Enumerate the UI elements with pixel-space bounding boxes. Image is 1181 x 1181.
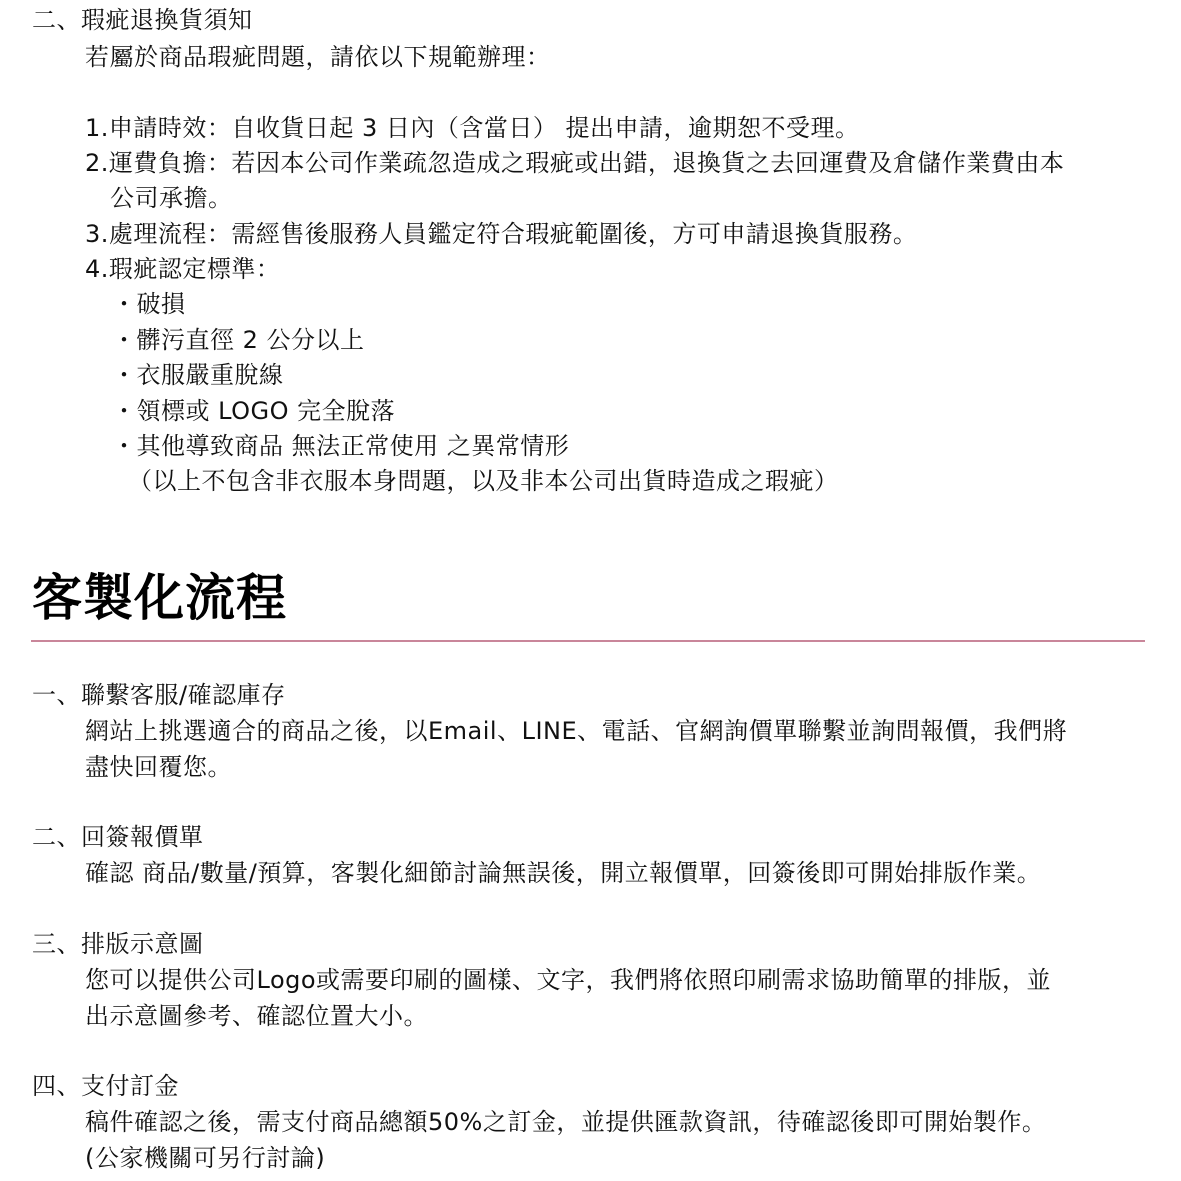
- step-heading-contact: 一、聯繫客服/確認庫存: [32, 678, 286, 712]
- page-title-customization: 客製化流程: [32, 566, 287, 630]
- step-text: 您可以提供公司Logo或需要印刷的圖樣、文字，我們將依照印刷需求協助簡單的排版，…: [85, 963, 1051, 997]
- rule-shipping-cost-continuation: 公司承擔。: [110, 181, 233, 215]
- title-divider: [31, 640, 1145, 642]
- step-text: 出示意圖參考、確認位置大小。: [85, 999, 428, 1033]
- step-text: 盡快回覆您。: [85, 750, 232, 784]
- rule-process: 3.處理流程：需經售後服務人員鑑定符合瑕疵範圍後，方可申請退換貨服務。: [85, 217, 917, 251]
- step-text: 稿件確認之後，需支付商品總額50%之訂金，並提供匯款資訊，待確認後即可開始製作。: [85, 1105, 1046, 1139]
- defect-intro-text: 若屬於商品瑕疵問題，請依以下規範辦理：: [85, 40, 551, 74]
- criteria-item: ・領標或 LOGO 完全脫落: [112, 394, 395, 428]
- step-text: 網站上挑選適合的商品之後，以Email、LINE、電話、官網詢價單聯繫並詢問報價…: [85, 714, 1067, 748]
- rule-shipping-cost: 2.運費負擔：若因本公司作業疏忽造成之瑕疵或出錯，退換貨之去回運費及倉儲作業費由…: [85, 146, 1064, 180]
- criteria-item: ・破損: [112, 287, 186, 321]
- step-text: 確認 商品/數量/預算，客製化細節討論無誤後，開立報價單，回簽後即可開始排版作業…: [85, 856, 1041, 890]
- rule-application-period: 1.申請時效：自收貨日起 3 日內（含當日） 提出申請，逾期恕不受理。: [85, 111, 860, 145]
- section-heading-defect-return: 二、瑕疵退換貨須知: [32, 3, 253, 37]
- criteria-note: （以上不包含非衣服本身問題，以及非本公司出貨時造成之瑕疵）: [128, 464, 839, 498]
- step-heading-layout: 三、排版示意圖: [32, 927, 204, 961]
- criteria-item: ・其他導致商品 無法正常使用 之異常情形: [112, 429, 569, 463]
- step-text: (公家機關可另行討論): [85, 1141, 325, 1175]
- step-heading-deposit: 四、支付訂金: [32, 1069, 179, 1103]
- criteria-item: ・髒污直徑 2 公分以上: [112, 323, 365, 357]
- step-heading-quote: 二、回簽報價單: [32, 820, 204, 854]
- criteria-item: ・衣服嚴重脫線: [112, 358, 284, 392]
- rule-defect-criteria: 4.瑕疵認定標準：: [85, 252, 280, 286]
